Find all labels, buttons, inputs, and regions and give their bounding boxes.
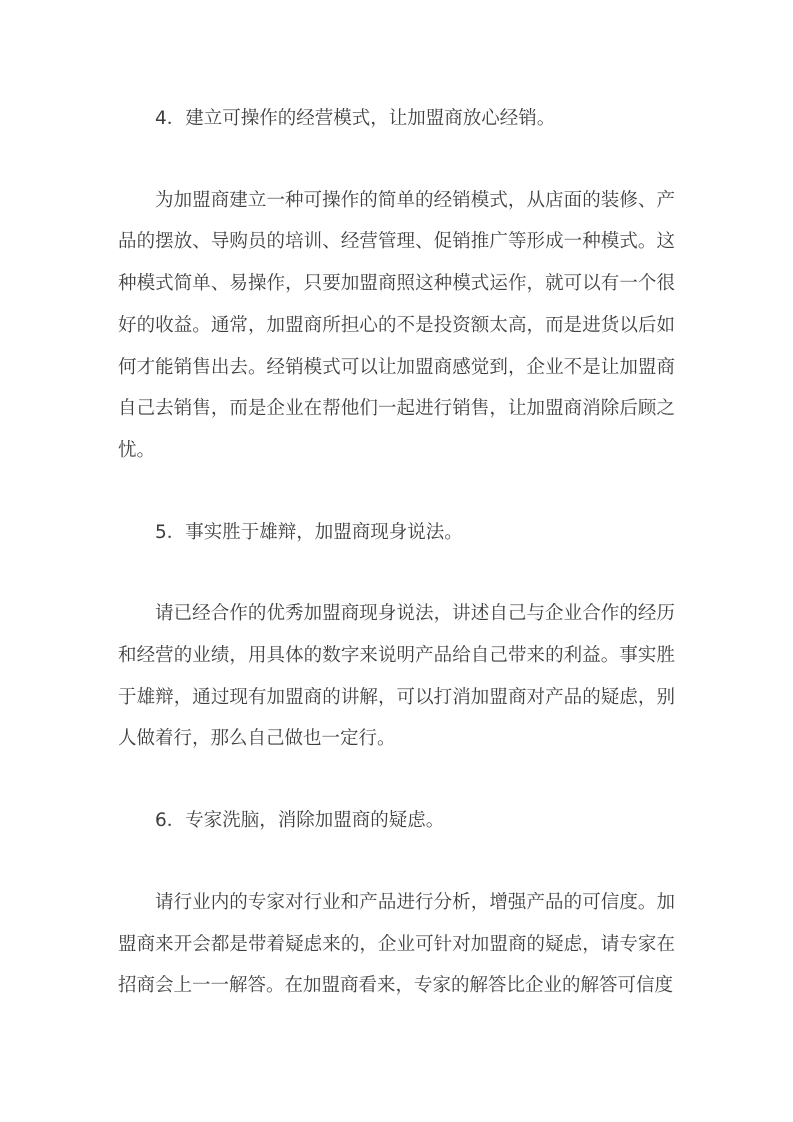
section-4: 4．建立可操作的经营模式，让加盟商放心经销。 为加盟商建立一种可操作的简单的经销… [118,98,675,472]
section-6-paragraph: 请行业内的专家对行业和产品进行分析，增强产品的可信度。加盟商来开会都是带着疑虑来… [118,882,675,1007]
section-6-heading: 6．专家洗脑，消除加盟商的疑虑。 [118,800,675,842]
section-5-paragraph: 请已经合作的优秀加盟商现身说法，讲述自己与企业合作的经历和经营的业绩，用具体的数… [118,593,675,760]
section-4-heading: 4．建立可操作的经营模式，让加盟商放心经销。 [118,98,675,140]
section-5-heading: 5．事实胜于雄辩，加盟商现身说法。 [118,512,675,554]
section-6: 6．专家洗脑，消除加盟商的疑虑。 请行业内的专家对行业和产品进行分析，增强产品的… [118,800,675,1007]
section-4-paragraph: 为加盟商建立一种可操作的简单的经销模式，从店面的装修、产品的摆放、导购员的培训、… [118,180,675,472]
document-content: 4．建立可操作的经营模式，让加盟商放心经销。 为加盟商建立一种可操作的简单的经销… [0,0,793,1007]
document-page: 4．建立可操作的经营模式，让加盟商放心经销。 为加盟商建立一种可操作的简单的经销… [0,0,793,1122]
section-5: 5．事实胜于雄辩，加盟商现身说法。 请已经合作的优秀加盟商现身说法，讲述自己与企… [118,512,675,761]
